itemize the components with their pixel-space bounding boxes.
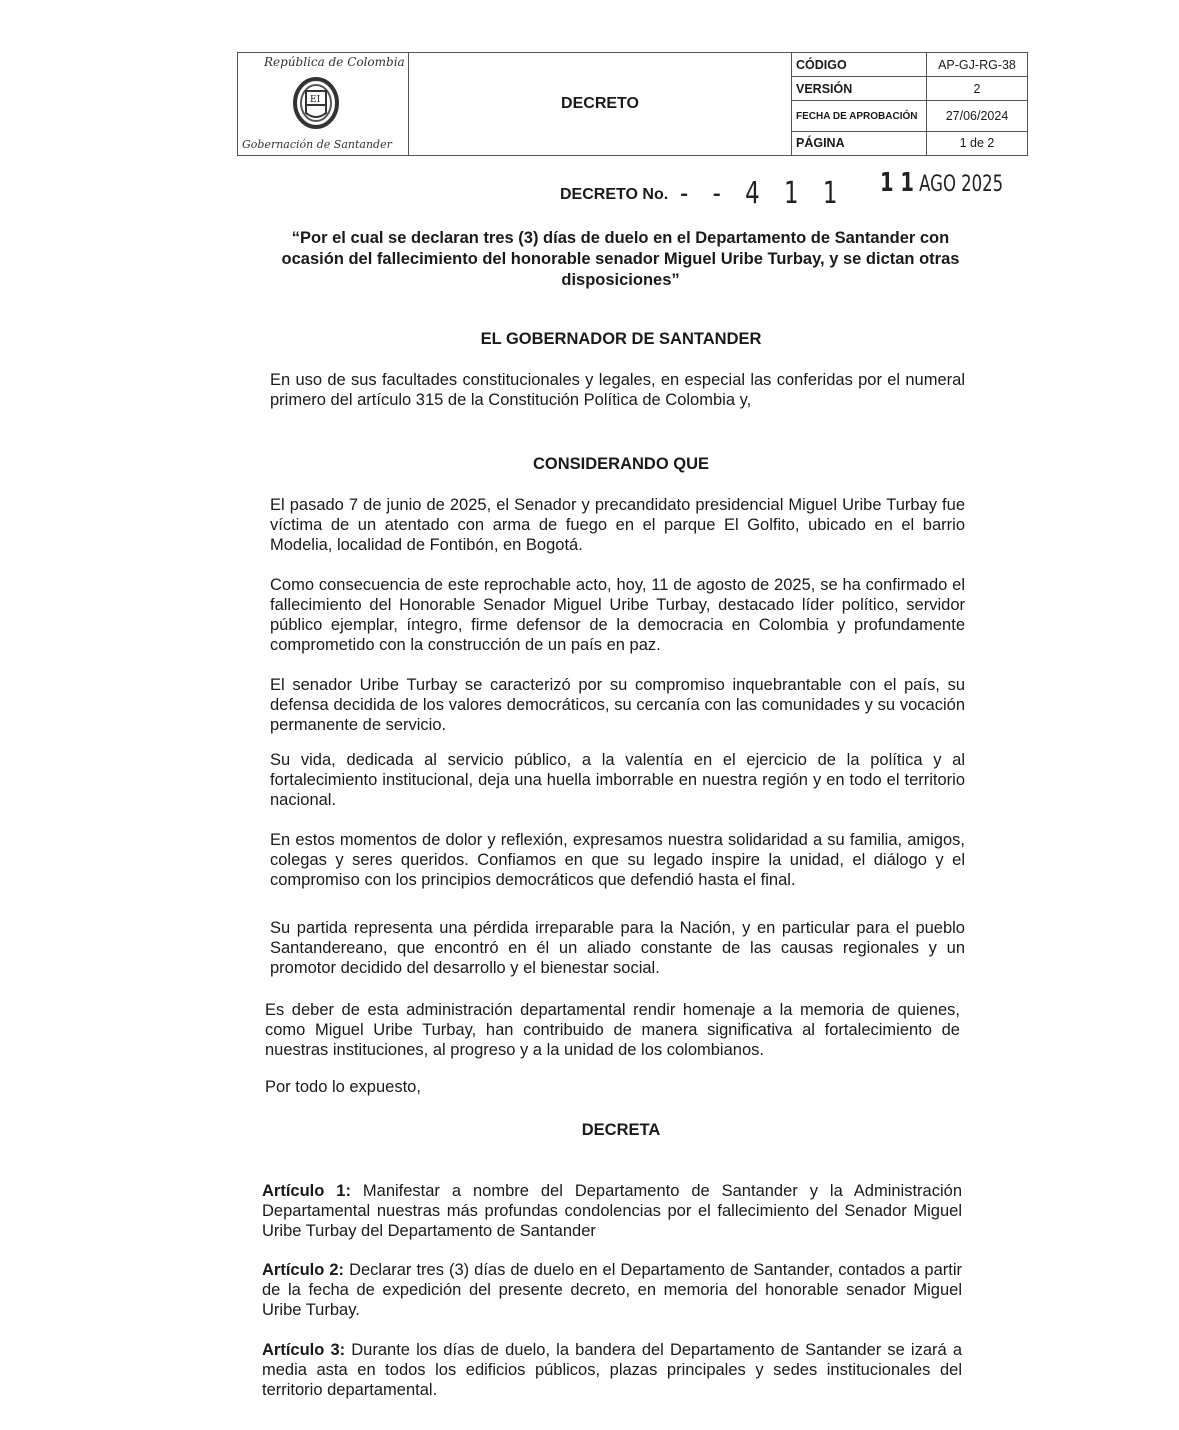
meta-value-codigo: AP-GJ-RG-38 <box>927 53 1028 77</box>
considerando-paragraph: Es deber de esta administración departam… <box>265 1000 960 1060</box>
considerando-heading: CONSIDERANDO QUE <box>262 455 980 474</box>
document-header-table: República de Colombia EI Gobernación de … <box>237 52 1028 156</box>
article-label: Artículo 1: <box>262 1182 351 1200</box>
svg-text:EI: EI <box>310 95 321 105</box>
decreta-heading: DECRETA <box>262 1121 980 1140</box>
decree-date-day: 1 1 <box>880 168 914 198</box>
meta-label-fecha: FECHA DE APROBACIÓN <box>792 101 927 131</box>
article-label: Artículo 3: <box>262 1341 345 1359</box>
decree-number-stamp: - - 4 1 1 <box>680 176 846 211</box>
doc-type-title: DECRETO <box>409 53 792 156</box>
meta-value-pagina: 1 de 2 <box>927 131 1028 155</box>
logo-bottom-text: Gobernación de Santander <box>242 138 392 151</box>
considerando-paragraph: Su vida, dedicada al servicio público, a… <box>270 750 965 810</box>
authority-text: En uso de sus facultades constitucionale… <box>270 370 965 410</box>
meta-label-version: VERSIÓN <box>792 77 927 101</box>
considerando-paragraph: En estos momentos de dolor y reflexión, … <box>270 830 965 890</box>
article-2: Artículo 2: Declarar tres (3) días de du… <box>262 1260 962 1320</box>
decree-number-label: DECRETO No. <box>560 186 668 204</box>
meta-label-codigo: CÓDIGO <box>792 53 927 77</box>
logo-top-text: República de Colombia <box>264 55 405 69</box>
article-3: Artículo 3: Durante los días de duelo, l… <box>262 1340 962 1400</box>
considerando-paragraph: Como consecuencia de este reprochable ac… <box>270 575 965 655</box>
meta-value-version: 2 <box>927 77 1028 101</box>
article-text: Durante los días de duelo, la bandera de… <box>262 1341 962 1399</box>
article-label: Artículo 2: <box>262 1261 344 1279</box>
considerando-closing: Por todo lo expuesto, <box>265 1077 960 1097</box>
considerando-paragraph: El pasado 7 de junio de 2025, el Senador… <box>270 495 965 555</box>
decree-date-stamp: 1 1 AGO 2025 <box>880 168 1003 198</box>
authority-heading: EL GOBERNADOR DE SANTANDER <box>262 330 980 349</box>
coat-of-arms-icon: EI <box>293 77 339 129</box>
considerando-paragraph: Su partida representa una pérdida irrepa… <box>270 918 965 978</box>
meta-value-fecha: 27/06/2024 <box>927 101 1028 131</box>
article-text: Manifestar a nombre del Departamento de … <box>262 1182 962 1240</box>
article-text: Declarar tres (3) días de duelo en el De… <box>262 1261 962 1319</box>
considerando-paragraph: El senador Uribe Turbay se caracterizó p… <box>270 675 965 735</box>
logo-cell: República de Colombia EI Gobernación de … <box>238 53 409 156</box>
decree-title: “Por el cual se declaran tres (3) días d… <box>268 228 973 291</box>
meta-label-pagina: PÁGINA <box>792 131 927 155</box>
article-1: Artículo 1: Manifestar a nombre del Depa… <box>262 1181 962 1241</box>
decree-date-month-year: AGO 2025 <box>914 172 1003 197</box>
